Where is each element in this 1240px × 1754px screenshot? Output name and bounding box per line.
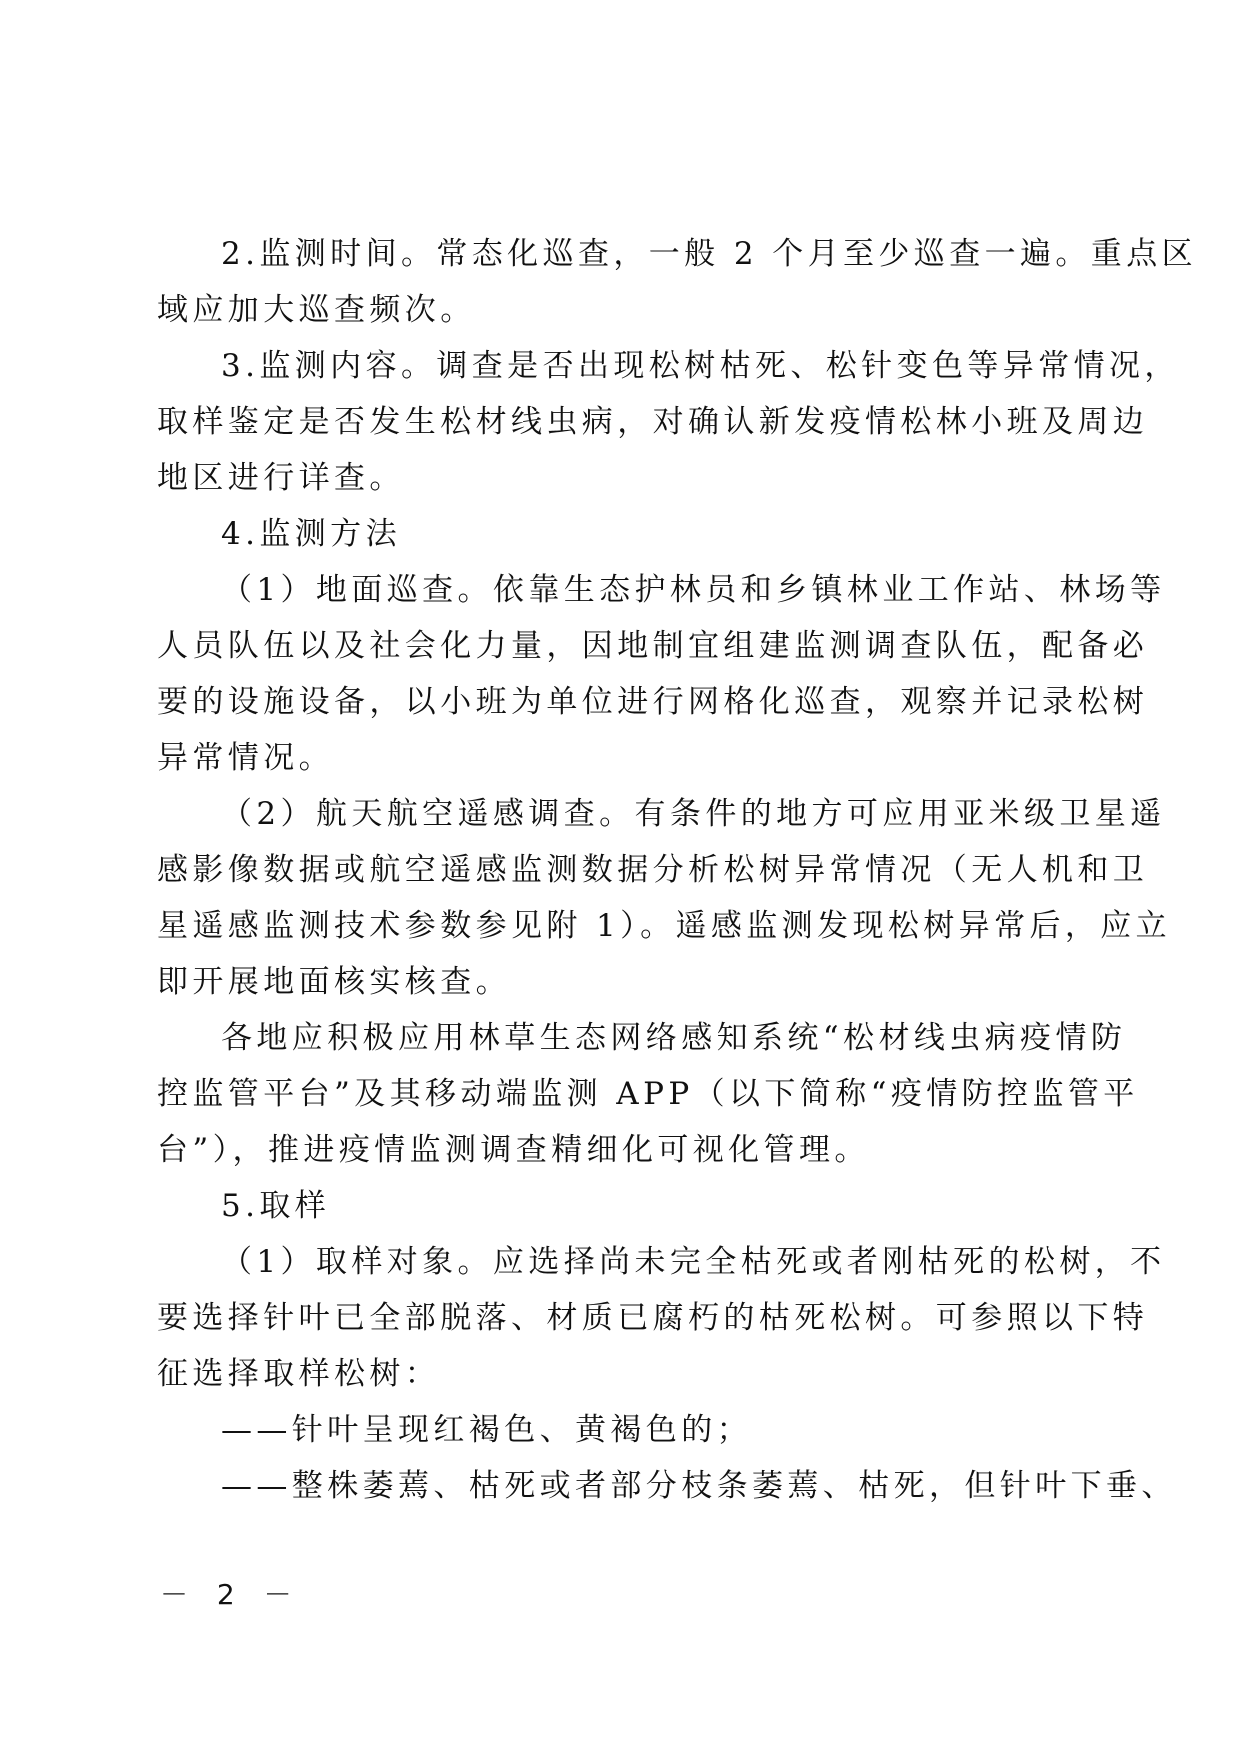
list-item-needle-color: ——针叶呈现红褐色、黄褐色的； [157, 1402, 1077, 1458]
paragraph-sampling-object-line-2: 要选择针叶已全部脱落、材质已腐朽的枯死松树。可参照以下特 [157, 1290, 1077, 1346]
paragraph-monitoring-content-line-3: 地区进行详查。 [157, 450, 1077, 506]
paragraph-platform-line-3: 台”），推进疫情监测调查精细化可视化管理。 [157, 1122, 1077, 1178]
body-text: 2.监测时间。常态化巡查，一般 2 个月至少巡查一遍。重点区 域应加大巡查频次。… [157, 226, 1077, 1514]
paragraph-remote-sensing-line-1: （2）航天航空遥感调查。有条件的地方可应用亚米级卫星遥 [157, 786, 1077, 842]
paragraph-ground-patrol-line-1: （1）地面巡查。依靠生态护林员和乡镇林业工作站、林场等 [157, 562, 1077, 618]
paragraph-monitoring-time-line-1: 2.监测时间。常态化巡查，一般 2 个月至少巡查一遍。重点区 [157, 226, 1077, 282]
paragraph-ground-patrol-line-2: 人员队伍以及社会化力量，因地制宜组建监测调查队伍，配备必 [157, 618, 1077, 674]
paragraph-platform-line-2: 控监管平台”及其移动端监测 APP（以下简称“疫情防控监管平 [157, 1066, 1077, 1122]
paragraph-remote-sensing-line-4: 即开展地面核实核查。 [157, 954, 1077, 1010]
paragraph-monitoring-time-line-2: 域应加大巡查频次。 [157, 282, 1077, 338]
paragraph-platform-line-1: 各地应积极应用林草生态网络感知系统“松材线虫病疫情防 [157, 1010, 1077, 1066]
paragraph-ground-patrol-line-4: 异常情况。 [157, 730, 1077, 786]
heading-monitoring-methods: 4.监测方法 [157, 506, 1077, 562]
paragraph-ground-patrol-line-3: 要的设施设备，以小班为单位进行网格化巡查，观察并记录松树 [157, 674, 1077, 730]
paragraph-sampling-object-line-3: 征选择取样松树： [157, 1346, 1077, 1402]
paragraph-monitoring-content-line-2: 取样鉴定是否发生松材线虫病，对确认新发疫情松林小班及周边 [157, 394, 1077, 450]
paragraph-remote-sensing-line-3: 星遥感监测技术参数参见附 1）。遥感监测发现松树异常后，应立 [157, 898, 1077, 954]
heading-sampling: 5.取样 [157, 1178, 1077, 1234]
document-page: 2.监测时间。常态化巡查，一般 2 个月至少巡查一遍。重点区 域应加大巡查频次。… [0, 0, 1240, 1754]
list-item-wilting: ——整株萎蔫、枯死或者部分枝条萎蔫、枯死，但针叶下垂、 [157, 1458, 1077, 1514]
paragraph-sampling-object-line-1: （1）取样对象。应选择尚未完全枯死或者刚枯死的松树，不 [157, 1234, 1077, 1290]
paragraph-remote-sensing-line-2: 感影像数据或航空遥感监测数据分析松树异常情况（无人机和卫 [157, 842, 1077, 898]
paragraph-monitoring-content-line-1: 3.监测内容。调查是否出现松树枯死、松针变色等异常情况， [157, 338, 1077, 394]
page-number: － 2 － [160, 1573, 302, 1613]
